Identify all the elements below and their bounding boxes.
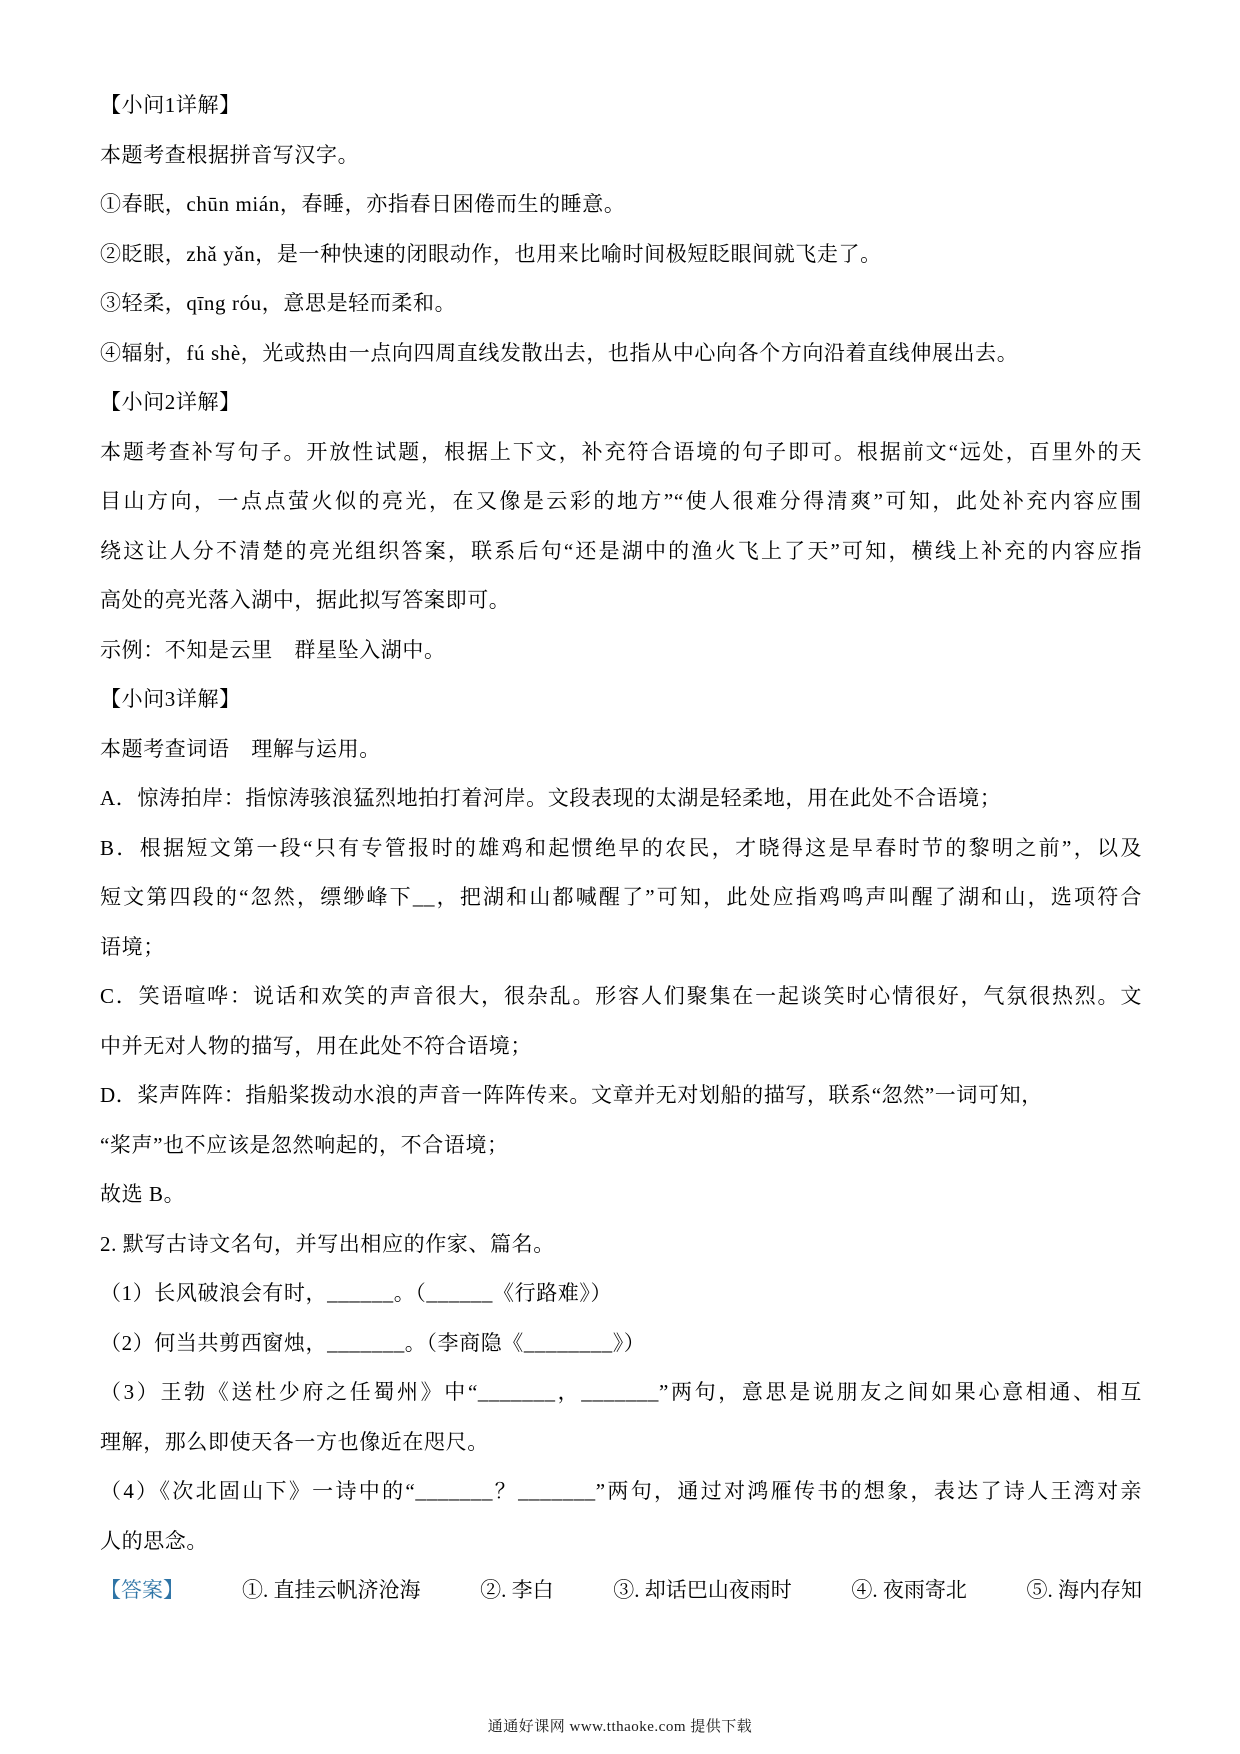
- explanation-line: 本题考查补写句子。开放性试题，根据上下文，补充符合语境的句子即可。根据前文“远处…: [100, 428, 1142, 478]
- question-2-item-2-line: （2）何当共剪西窗烛，_______。（李商隐《________》）: [100, 1319, 1142, 1369]
- option-c-analysis-line: 中并无对人物的描写，用在此处不符合语境；: [100, 1022, 1142, 1072]
- pinyin-item-4-line: ④辐射，fú shè，光或热由一点向四周直线发散出去，也指从中心向各个方向沿着直…: [100, 329, 1142, 379]
- pinyin-item-3-line: ③轻柔，qīng róu，意思是轻而柔和。: [100, 279, 1142, 329]
- option-a-analysis-line: A．惊涛拍岸：指惊涛骇浪猛烈地拍打着河岸。文段表现的太湖是轻柔地，用在此处不合语…: [100, 774, 1142, 824]
- explanation-line: 目山方向，一点点萤火似的亮光，在又像是云彩的地方”“使人很难分得清爽”可知，此处…: [100, 477, 1142, 527]
- answer-item-1: ①. 直挂云帆济沧海: [242, 1566, 421, 1616]
- option-c-analysis-line: C．笑语喧哗：说话和欢笑的声音很大，很杂乱。形容人们聚集在一起谈笑时心情很好，气…: [100, 972, 1142, 1022]
- option-b-analysis-line: B．根据短文第一段“只有专管报时的雄鸡和起惯绝早的农民，才晓得这是早春时节的黎明…: [100, 824, 1142, 874]
- answer-item-2: ②. 李白: [480, 1566, 554, 1616]
- answer-item-4: ④. 夜雨寄北: [851, 1566, 967, 1616]
- question-2-item-3-line: 理解，那么即使天各一方也像近在咫尺。: [100, 1418, 1142, 1468]
- document-page: 【小问1详解】 本题考查根据拼音写汉字。 ①春眠，chūn mián，春睡，亦指…: [100, 81, 1142, 1616]
- answer-label: 【答案】: [100, 1566, 184, 1616]
- subquestion-1-heading: 【小问1详解】: [100, 81, 1142, 131]
- explanation-intro-line: 本题考查词语 理解与运用。: [100, 725, 1142, 775]
- explanation-line: 绕这让人分不清楚的亮光组织答案，联系后句“还是湖中的渔火飞上了天”可知，横线上补…: [100, 527, 1142, 577]
- answer-line: 【答案】 ①. 直挂云帆济沧海 ②. 李白 ③. 却话巴山夜雨时 ④. 夜雨寄北…: [100, 1566, 1142, 1616]
- question-2-item-3-line: （3）王勃《送杜少府之任蜀州》中“_______，_______”两句，意思是说…: [100, 1368, 1142, 1418]
- option-b-analysis-line: 短文第四段的“忽然，缥缈峰下__，把湖和山都喊醒了”可知，此处应指鸡鸣声叫醒了湖…: [100, 873, 1142, 923]
- conclusion-line: 故选 B。: [100, 1170, 1142, 1220]
- option-d-analysis-line: D．桨声阵阵：指船桨拨动水浪的声音一阵阵传来。文章并无对划船的描写，联系“忽然”…: [100, 1071, 1142, 1121]
- question-2-item-4-line: （4）《次北固山下》一诗中的“_______？_______”两句，通过对鸿雁传…: [100, 1467, 1142, 1517]
- question-2-item-1-line: （1）长风破浪会有时，______。（______《行路难》）: [100, 1269, 1142, 1319]
- pinyin-item-1-line: ①春眠，chūn mián，春睡，亦指春日困倦而生的睡意。: [100, 180, 1142, 230]
- page-footer: 通通好课网 www.tthaoke.com 提供下载: [0, 1712, 1240, 1742]
- answer-items: ①. 直挂云帆济沧海 ②. 李白 ③. 却话巴山夜雨时 ④. 夜雨寄北 ⑤. 海…: [242, 1566, 1142, 1616]
- answer-item-3: ③. 却话巴山夜雨时: [613, 1566, 792, 1616]
- option-b-analysis-line: 语境；: [100, 923, 1142, 973]
- question-2-stem-line: 2. 默写古诗文名句，并写出相应的作家、篇名。: [100, 1220, 1142, 1270]
- subquestion-2-heading: 【小问2详解】: [100, 378, 1142, 428]
- explanation-line: 高处的亮光落入湖中，据此拟写答案即可。: [100, 576, 1142, 626]
- answer-item-5: ⑤. 海内存知: [1027, 1566, 1143, 1616]
- pinyin-item-2-line: ②眨眼，zhǎ yǎn，是一种快速的闭眼动作，也用来比喻时间极短眨眼间就飞走了。: [100, 230, 1142, 280]
- example-answer-line: 示例：不知是云里 群星坠入湖中。: [100, 626, 1142, 676]
- question-2-item-4-line: 人的思念。: [100, 1517, 1142, 1567]
- option-d-analysis-line: “桨声”也不应该是忽然响起的，不合语境；: [100, 1121, 1142, 1171]
- explanation-intro-line: 本题考查根据拼音写汉字。: [100, 131, 1142, 181]
- subquestion-3-heading: 【小问3详解】: [100, 675, 1142, 725]
